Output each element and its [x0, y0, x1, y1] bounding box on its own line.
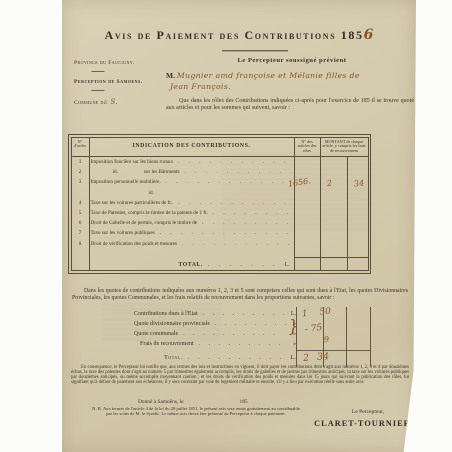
- commune-line: Commune de S.: [74, 98, 166, 106]
- dot-leader: . . . . . . . . . .: [188, 354, 287, 361]
- money-column-rule: [370, 307, 371, 367]
- title-year-handwritten: 6: [364, 27, 374, 43]
- table-row: id.: [71, 188, 368, 198]
- intro-paragraph: Que dans les rôles des Contributions ind…: [166, 98, 414, 113]
- issued-at-label: Donné à Samoëns, le: [138, 399, 184, 405]
- contributions-table: N° d'ordre INDICATION DES CONTRIBUTIONS.…: [68, 134, 371, 274]
- title-text: Avis de Paiement des Contributions 185: [105, 28, 364, 42]
- row-label: Taxe sur les voitures publiques: [91, 228, 155, 238]
- table-row: 7 Taxe sur les voitures publiques. . . .…: [71, 228, 368, 238]
- table-spacer-row: [71, 249, 368, 258]
- table-row: 3 Imposition personnelle mobilière.. . .…: [71, 177, 368, 187]
- legal-paragraph: En conséquence, le Percepteur lui notifi…: [71, 366, 409, 386]
- signature-name: CLARET-TOURNIER.: [276, 419, 452, 428]
- breakdown-label: Quote communale: [134, 331, 178, 337]
- row-label: Droit de vérification des poids et mesur…: [91, 239, 177, 249]
- row-number: 3: [71, 177, 89, 187]
- row-prefix: id.: [149, 188, 154, 198]
- total-currency: L.: [285, 260, 290, 270]
- table-row: 5 Taxe de Patentes, compris le timbre de…: [71, 208, 368, 218]
- handwritten-communale-amount: - 75: [304, 323, 323, 335]
- col-header-order: N° d'ordre: [71, 137, 89, 156]
- commune-handwritten: e S.: [104, 98, 118, 106]
- divider-squiggle: [91, 69, 106, 72]
- document-paper: Avis de Paiement des Contributions 1856 …: [62, 0, 416, 452]
- breakdown-total-row: Total.. . . . . . . . . .L.: [134, 354, 296, 361]
- perception-label: Perception de Samoens.: [74, 79, 166, 85]
- dot-leader: . . . . . . . . . . . . . . . . . . . . …: [178, 198, 292, 208]
- row-number: 4: [71, 198, 89, 208]
- dot-leader: . . . . . . . . . .: [203, 311, 287, 317]
- row-number: 6: [71, 218, 89, 228]
- dot-leader: . . . . . . . . . . . . . . . . . . . . …: [182, 239, 293, 249]
- table-row: 1 Imposition foncière sur les biens rura…: [71, 156, 368, 167]
- issued-year: 185: [240, 399, 248, 405]
- row-number: 1: [71, 156, 89, 167]
- row-number: 2: [71, 167, 89, 177]
- handwritten-total-amount: 2 34: [303, 351, 330, 364]
- breakdown-label: Frais de recouvrement: [140, 341, 194, 347]
- dot-leader: . . . . . . . . . . . . . . . . . . . . …: [202, 218, 292, 228]
- dot-leader: . . . . . . . . . .: [183, 331, 289, 337]
- breakdown-row: Frais de recouvrement. . . . . . . . . .…: [134, 341, 296, 347]
- addressee-line: M. Mugnier amd françoise et Mélanie fill…: [166, 71, 418, 80]
- page-title: Avis de Paiement des Contributions 1856: [62, 27, 416, 43]
- row-label: Taxe de Patentes, compris le timbre de l…: [91, 208, 208, 218]
- row-prefix: id.: [113, 167, 118, 177]
- handwritten-sum-rule: [296, 350, 370, 351]
- col-header-indication: INDICATION DES CONTRIBUTIONS.: [89, 137, 294, 156]
- signature-role: Le Percepteur,: [318, 409, 418, 415]
- addressee-name-handwritten-2: Jean François.: [170, 82, 418, 91]
- col-header-montant: MONTANT de chaque article, y compris les…: [320, 137, 368, 156]
- table-row: 2 id.sur les Bâtiments. . . . . . . . . …: [71, 167, 368, 177]
- breakdown-row: Contributions dues à l'Etat. . . . . . .…: [134, 311, 296, 317]
- commune-label: Commune d: [74, 100, 104, 106]
- m-label: M.: [166, 71, 175, 80]
- dot-leader: . . . . . . . . . . . . . . . . . . . . …: [166, 177, 293, 187]
- breakdown-list: Contributions dues à l'Etat. . . . . . .…: [62, 311, 416, 365]
- table-total-row: TOTAL.. . . . . . . .L.: [71, 258, 368, 271]
- dot-leader: . . . . . . . . . . . . . . . . . . . . …: [213, 208, 293, 218]
- row-number: 8: [71, 239, 89, 249]
- row-number: 5: [71, 208, 89, 218]
- row-number: 7: [71, 228, 89, 238]
- dot-leader: . . . . . . . . . . . . . . . . . . . . …: [185, 167, 293, 177]
- row-label: Imposition personnelle mobilière.: [91, 177, 161, 187]
- table-header-row: N° d'ordre INDICATION DES CONTRIBUTIONS.…: [71, 137, 368, 156]
- addressee-name-handwritten: Mugnier amd françoise et Mélanie filles …: [177, 71, 360, 80]
- dot-leader: . . . . . . . . . . . . . . . . . . . . …: [178, 157, 292, 167]
- col-header-articles: N° des articles des rôles: [294, 137, 320, 156]
- dot-leader: . . . . . . . . . .: [199, 341, 289, 347]
- currency-symbol: L.: [290, 354, 296, 361]
- handwritten-amount-lire: 2: [326, 179, 332, 190]
- handwritten-etat-amount: 1 50: [302, 307, 332, 320]
- notice-block: Le Percepteur soussigné prévient M. Mugn…: [166, 57, 418, 113]
- table-row: 8 Droit de vérification des poids et mes…: [71, 239, 368, 249]
- total-label: TOTAL.: [179, 260, 203, 270]
- handwritten-frais-amount: 9: [324, 335, 330, 344]
- table-row: 4 Taxe sur les voitures particulières de…: [71, 198, 368, 208]
- dot-leader: . . . . . . . . . .: [215, 321, 289, 327]
- prevenant-line: Le Percepteur soussigné prévient: [166, 57, 418, 64]
- currency-symbol: »: [293, 341, 296, 347]
- money-column-rule: [346, 307, 347, 367]
- breakdown-label: Total.: [164, 354, 183, 361]
- breakdown-row: Quote communale. . . . . . . . . .»: [134, 331, 296, 337]
- title-divider: [222, 50, 288, 52]
- row-label: Taxe sur les voitures particulières de f…: [91, 198, 174, 208]
- breakdown-row: Quote divisionnaire provinciale. . . . .…: [134, 321, 296, 327]
- table-row: 6 Droit de Gabelle et de permis, compris…: [71, 218, 368, 228]
- breakdown-paragraph: Dans les quotes de contributions indiqué…: [72, 288, 408, 302]
- dot-leader: . . . . . . . .: [208, 260, 281, 270]
- handwritten-amount-cents: 34: [353, 179, 364, 190]
- issuer-block: Province du Faucigny. Perception de Samo…: [74, 60, 166, 109]
- divider-squiggle: [91, 88, 106, 91]
- nota-bene: N. B. Aux termes de l'article 4 de la lo…: [90, 406, 302, 416]
- province-label: Province du Faucigny.: [74, 60, 166, 66]
- row-label: sur les Bâtiments: [144, 167, 180, 177]
- dot-leader: . . . . . . . . . . . . . . . . . . . . …: [160, 228, 293, 238]
- handwritten-brace: }: [287, 317, 299, 338]
- row-label: Droit de Gabelle et de permis, compris l…: [91, 218, 198, 228]
- breakdown-label: Quote divisionnaire provinciale: [134, 321, 210, 327]
- breakdown-label: Contributions dues à l'Etat: [134, 311, 198, 317]
- row-label: Imposition foncière sur les biens ruraux: [91, 157, 174, 167]
- issued-line: Donné à Samoëns, le185: [138, 399, 298, 405]
